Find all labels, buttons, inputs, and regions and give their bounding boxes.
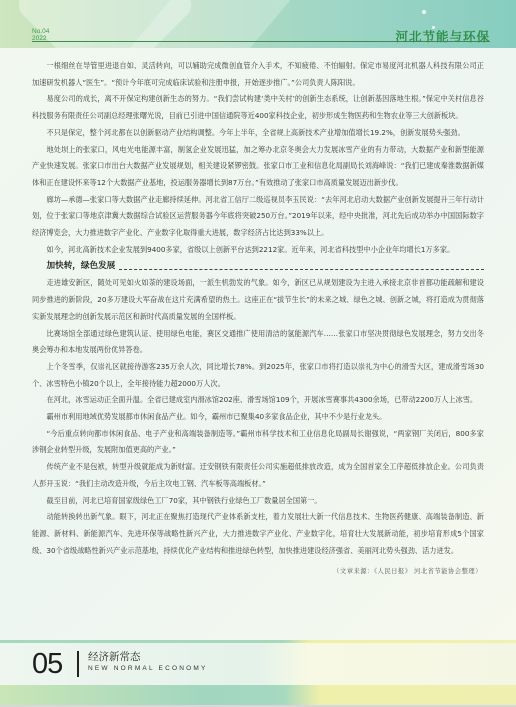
paragraph: 走进雄安新区，随处可见如火如荼的建设场面，一派生机勃发的气象。如今，新区已从规划… bbox=[32, 275, 484, 325]
paragraph: 如今，河北高新技术企业发展到9400多家，省级以上创新平台达到2212家。近年来… bbox=[32, 242, 484, 259]
footer-band bbox=[0, 685, 516, 705]
header-divider bbox=[32, 41, 490, 42]
paragraph: 上个冬雪季，仅崇礼区就接待游客235万余人次，同比增长78%。到2025年，张家… bbox=[32, 359, 484, 392]
magazine-title: 河北节能与环保 bbox=[395, 27, 490, 45]
section-heading: 加快转，绿色发展 bbox=[32, 258, 484, 275]
page-number-divider bbox=[77, 651, 79, 677]
section-heading-text: 加快转，绿色发展 bbox=[47, 258, 116, 275]
paragraph: 传统产业不是包袱，转型升级就能成为新财富。迁安钢铁有限责任公司实施超低排放改造，… bbox=[32, 459, 484, 492]
issue-info: No.04 2022 bbox=[32, 28, 49, 42]
paragraph: 比赛场馆全部通过绿色建筑认证、使用绿色电能，赛区交通推广使用清洁的氢能源汽车……… bbox=[32, 326, 484, 359]
page-footer: 05 经济新常态 NEW NORMAL ECONOMY bbox=[0, 640, 516, 707]
page-number: 05 bbox=[32, 648, 62, 680]
paragraph: 截至目前，河北已培育国家级绿色工厂70家，其中钢铁行业绿色工厂数量居全国第一。 bbox=[32, 493, 484, 510]
section-title-cn: 经济新常态 bbox=[88, 649, 141, 664]
paragraph: “今后重点转向都市休闲食品、电子产业和高端装备制造等。”霸州市科学技术和工业信息… bbox=[32, 426, 484, 459]
paragraph: 在河北，冰雪运动正全面升温。全省已建成室内滑冰馆202座、滑雪场馆109个，开展… bbox=[32, 392, 484, 409]
paragraph: 不只是保定，整个河北都在以创新驱动产业结构调整。今年上半年，全省规上高新技术产业… bbox=[32, 125, 484, 142]
page-header: No.04 2022 河北节能与环保 bbox=[0, 0, 516, 48]
decorative-dot bbox=[422, 10, 426, 14]
dashed-rule bbox=[119, 269, 484, 270]
paragraph: 地处坝上的张家口，风电光电能源丰富，制氢企业发展迅猛，加之筹办北京冬奥会大力发展… bbox=[32, 142, 484, 192]
paragraph: 动能转换转出新气象。眼下，河北正在聚焦打造现代产业体系新支柱，着力发展壮大新一代… bbox=[32, 509, 484, 559]
article-source: （文章来源：《人民日报》 河北省节能协会整理） bbox=[333, 566, 482, 575]
article-body: 一根细丝在导管里进退自如、灵活转向，可以辅助完成微创血管介入手术，不知疲倦、不怕… bbox=[32, 58, 484, 559]
paragraph: 易度公司的成长，离不开保定构建创新生态的努力。“我们尝试构建‘类中关村’的创新生… bbox=[32, 91, 484, 124]
paragraph: 一根细丝在导管里进退自如、灵活转向，可以辅助完成微创血管介入手术，不知疲倦、不怕… bbox=[32, 58, 484, 91]
paragraph: 廊坊—承德—张家口等大数据产业走廊持续延伸。河北省工信厅二级巡视员李玉民说：“去… bbox=[32, 192, 484, 242]
section-title-en: NEW NORMAL ECONOMY bbox=[88, 665, 208, 672]
paragraph: 霸州市利用地域优势发展都市休闲食品产业。如今，霸州市已聚集40多家食品企业，其中… bbox=[32, 409, 484, 426]
issue-number: No.04 bbox=[32, 28, 49, 35]
